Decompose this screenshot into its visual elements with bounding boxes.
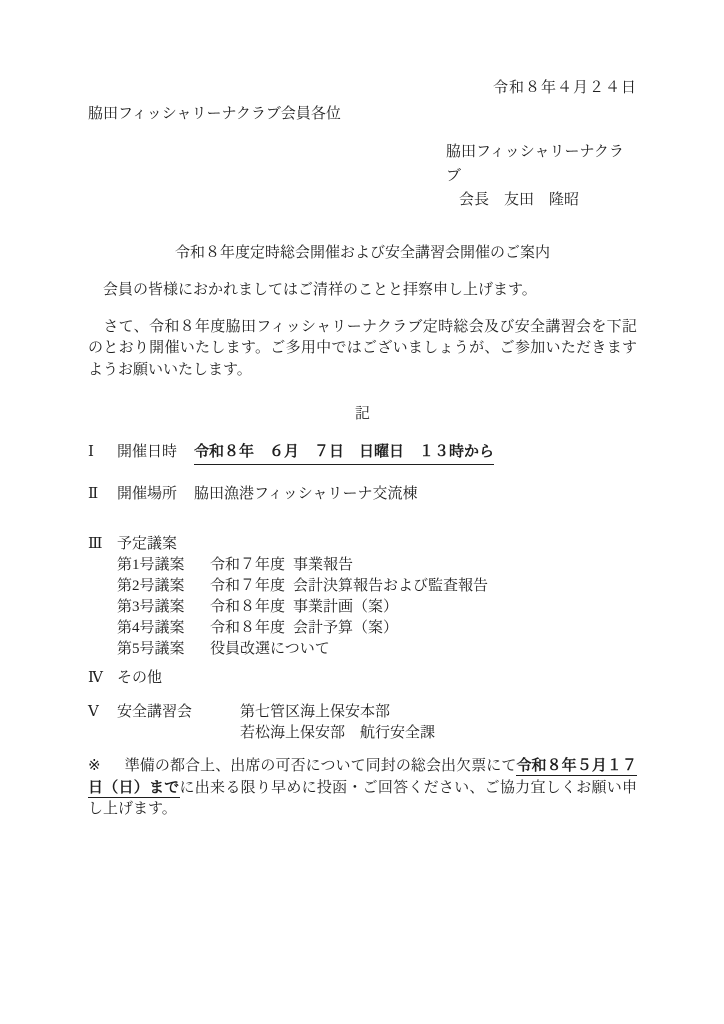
sender-organization: 脇田フィッシャリーナクラブ (446, 140, 637, 188)
agenda-rows: 第1号議案 令和７年度 事業報告 第2号議案 令和７年度 会計決算報告および監査… (88, 555, 637, 660)
letter-page: 令和８年４月２４日 脇田フィッシャリーナクラブ会員各位 脇田フィッシャリーナクラ… (0, 0, 724, 1024)
agenda-row-year: 役員改選について (210, 639, 330, 660)
section-seminar-label: 安全講習会 (117, 702, 240, 723)
sender-representative: 会長 友田 隆昭 (446, 188, 637, 212)
section-seminar-org-line1: 第七管区海上保安本部 (240, 702, 390, 723)
section-agenda-numeral: Ⅲ (88, 534, 117, 555)
recipient: 脇田フィッシャリーナクラブ会員各位 (88, 104, 637, 125)
note-mark: ※ (88, 758, 110, 774)
agenda-row-year: 令和７年度 (210, 555, 293, 576)
agenda-row: 第4号議案 令和８年度 会計予算（案） (117, 618, 637, 639)
greeting-paragraph: 会員の皆様におかれましてはご清祥のことと拝察申し上げます。 (88, 280, 637, 302)
agenda-row: 第3号議案 令和８年度 事業計画（案） (117, 597, 637, 618)
agenda-row: 第2号議案 令和７年度 会計決算報告および監査報告 (117, 576, 637, 597)
agenda-row: 第1号議案 令和７年度 事業報告 (117, 555, 637, 576)
issue-date: 令和８年４月２４日 (88, 78, 637, 99)
sender-block: 脇田フィッシャリーナクラブ 会長 友田 隆昭 (446, 140, 637, 212)
agenda-row-no: 第1号議案 (117, 555, 210, 576)
agenda-row-no: 第3号議案 (117, 597, 210, 618)
section-venue-value: 脇田漁港フィッシャリーナ交流棟 (194, 484, 418, 505)
agenda-row: 第5号議案 役員改選について (117, 639, 637, 660)
agenda-row-subject: 会計決算報告および監査報告 (293, 576, 488, 597)
section-datetime: Ⅰ 開催日時 令和８年 ６月 ７日 日曜日 １３時から (88, 442, 637, 465)
section-safety-seminar: Ⅴ 安全講習会 第七管区海上保安本部 (88, 702, 637, 723)
agenda-row-subject: 事業報告 (293, 555, 353, 576)
section-venue-numeral: Ⅱ (88, 484, 117, 505)
section-datetime-value: 令和８年 ６月 ７日 日曜日 １３時から (194, 442, 494, 465)
agenda-row-year: 令和７年度 (210, 576, 293, 597)
agenda-row-no: 第5号議案 (117, 639, 210, 660)
agenda-row-no: 第2号議案 (117, 576, 210, 597)
note-text-before: 準備の都合上、出席の可否について同封の総会出欠票にて (110, 758, 517, 774)
section-other: Ⅳ その他 (88, 668, 637, 689)
section-seminar-numeral: Ⅴ (88, 702, 117, 723)
section-other-label: その他 (117, 668, 162, 689)
agenda-row-year: 令和８年度 (210, 597, 293, 618)
section-agenda-label: 予定議案 (117, 534, 194, 555)
section-datetime-numeral: Ⅰ (88, 442, 117, 463)
body-paragraph: さて、令和８年度脇田フィッシャリーナクラブ定時総会及び安全講習会を下記のとおり開… (88, 317, 637, 382)
document-title: 令和８年度定時総会開催および安全講習会開催のご案内 (88, 243, 637, 264)
agenda-row-subject: 会計予算（案） (293, 618, 398, 639)
section-venue: Ⅱ 開催場所 脇田漁港フィッシャリーナ交流棟 (88, 484, 637, 505)
record-heading: 記 (88, 404, 637, 425)
agenda-row-subject: 事業計画（案） (293, 597, 398, 618)
agenda-row-no: 第4号議案 (117, 618, 210, 639)
section-venue-label: 開催場所 (117, 484, 194, 505)
section-agenda: Ⅲ 予定議案 (88, 534, 637, 555)
section-seminar-org-line2: 若松海上保安部 航行安全課 (88, 723, 637, 744)
section-datetime-label: 開催日時 (117, 442, 194, 463)
section-other-numeral: Ⅳ (88, 668, 117, 689)
agenda-row-year: 令和８年度 (210, 618, 293, 639)
note-paragraph: ※ 準備の都合上、出席の可否について同封の総会出欠票にて令和８年５月１７日（日）… (88, 756, 637, 821)
